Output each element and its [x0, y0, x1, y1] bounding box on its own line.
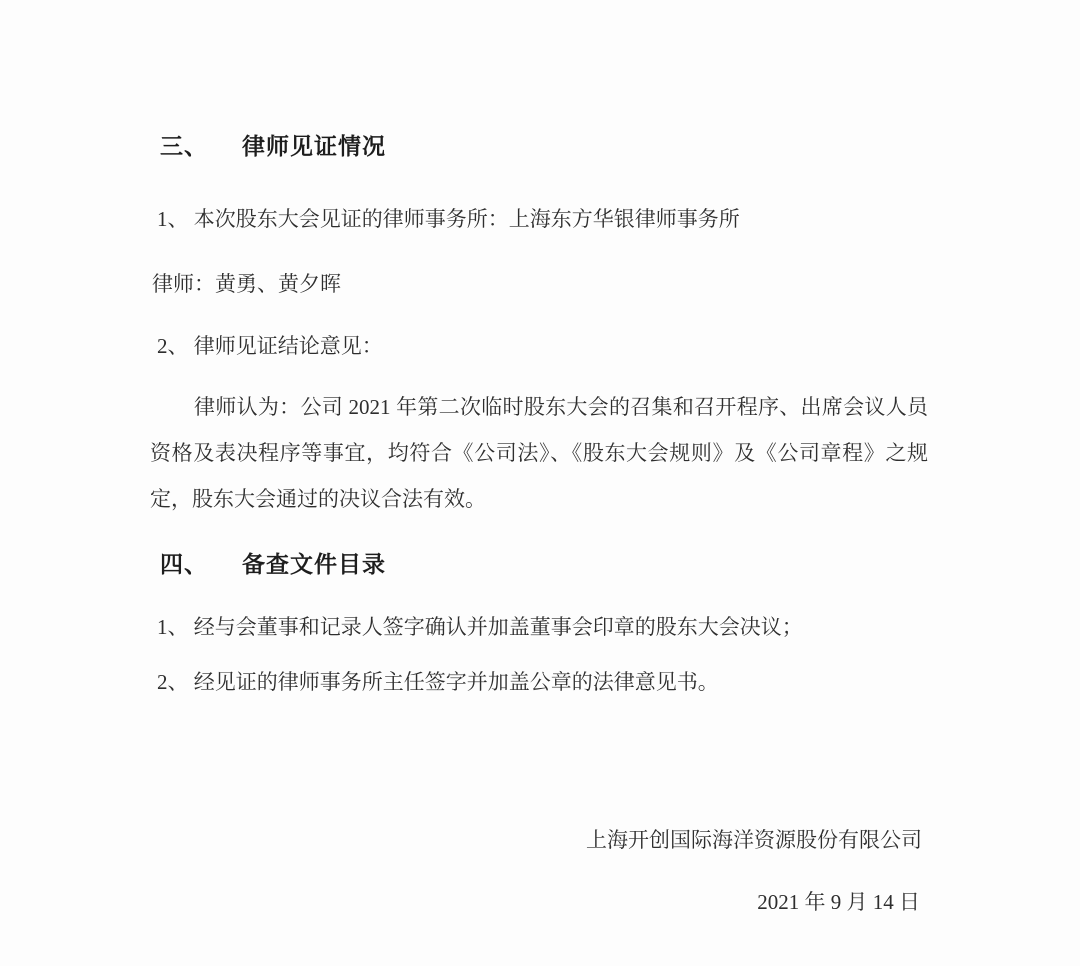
- section-title: 备查文件目录: [242, 551, 386, 577]
- section-number: 三、: [160, 133, 208, 159]
- section-heading-lawyer-witness: 三、律师见证情况: [160, 128, 386, 161]
- signature-date: 2021 年 9 月 14 日: [150, 886, 920, 916]
- reference-document-item-1: 1、 经与会董事和记录人签字确认并加盖董事会印章的股东大会决议；: [157, 611, 803, 641]
- witness-opinion-paragraph: 律师认为：公司 2021 年第二次临时股东大会的召集和召开程序、出席会议人员资格…: [150, 384, 928, 522]
- reference-document-item-2: 2、 经见证的律师事务所主任签字并加盖公章的法律意见书。: [157, 666, 719, 696]
- section-heading-reference-documents: 四、备查文件目录: [160, 546, 386, 579]
- section-title: 律师见证情况: [242, 133, 386, 159]
- witness-law-firm-line: 1、 本次股东大会见证的律师事务所：上海东方华银律师事务所: [157, 203, 740, 233]
- signature-company-name: 上海开创国际海洋资源股份有限公司: [150, 824, 922, 854]
- witness-opinion-label-line: 2、 律师见证结论意见：: [157, 330, 383, 360]
- document-page: 三、律师见证情况 1、 本次股东大会见证的律师事务所：上海东方华银律师事务所 律…: [0, 0, 1080, 966]
- section-number: 四、: [160, 551, 208, 577]
- witness-lawyers-line: 律师：黄勇、黄夕晖: [152, 268, 341, 298]
